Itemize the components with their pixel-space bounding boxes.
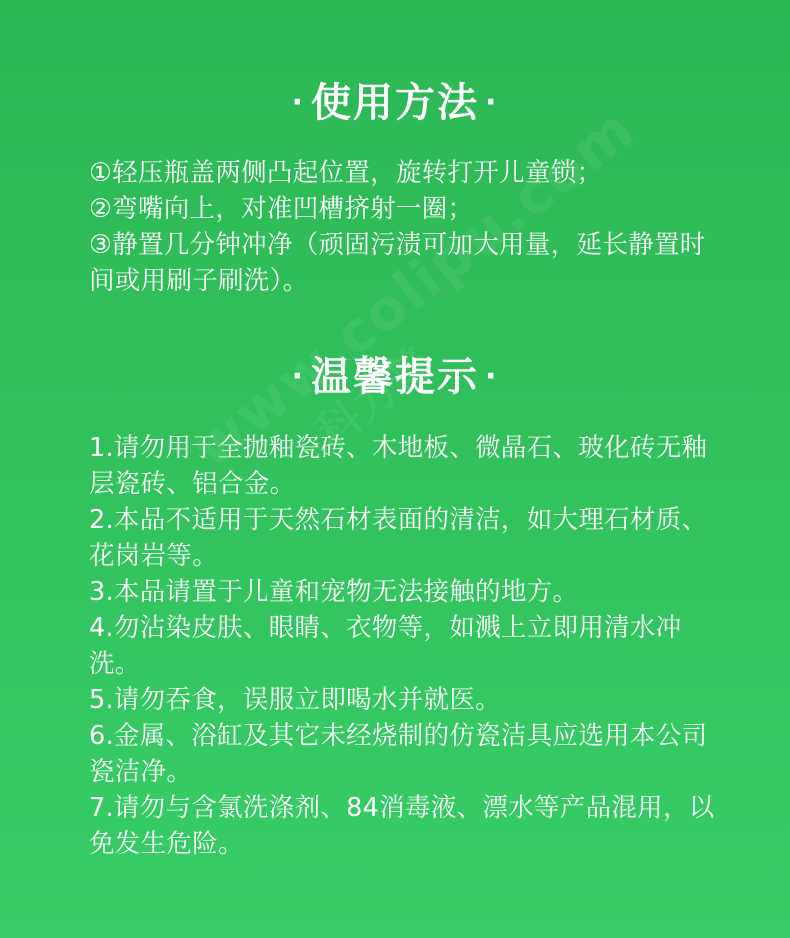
- heading-dot-left: ·: [292, 359, 305, 394]
- usage-step: ②弯嘴向上，对准凹槽挤射一圈；: [89, 191, 729, 227]
- heading-dot-right: ·: [485, 85, 498, 120]
- usage-steps: ①轻压瓶盖两侧凸起位置，旋转打开儿童锁； ②弯嘴向上，对准凹槽挤射一圈； ③静置…: [89, 155, 729, 299]
- usage-step: ①轻压瓶盖两侧凸起位置，旋转打开儿童锁；: [89, 155, 729, 191]
- tips-title: 温馨提示: [311, 354, 479, 400]
- tips-heading: ·温馨提示·: [0, 352, 790, 402]
- tip-item: 4.勿沾染皮肤、眼睛、衣物等，如溅上立即用清水冲洗。: [89, 610, 729, 682]
- heading-dot-left: ·: [292, 85, 305, 120]
- tip-item: 5.请勿吞食，误服立即喝水并就医。: [89, 682, 729, 718]
- heading-dot-right: ·: [485, 359, 498, 394]
- usage-step: ③静置几分钟冲净（顽固污渍可加大用量，延长静置时间或用刷子刷洗）。: [89, 227, 729, 299]
- tip-item: 6.金属、浴缸及其它未经烧制的仿瓷洁具应选用本公司瓷洁净。: [89, 718, 729, 790]
- usage-heading: ·使用方法·: [0, 78, 790, 128]
- tip-item: 1.请勿用于全抛釉瓷砖、木地板、微晶石、玻化砖无釉层瓷砖、铝合金。: [89, 430, 729, 502]
- tips-list: 1.请勿用于全抛釉瓷砖、木地板、微晶石、玻化砖无釉层瓷砖、铝合金。 2.本品不适…: [89, 430, 729, 862]
- usage-title: 使用方法: [311, 80, 479, 126]
- tip-item: 3.本品请置于儿童和宠物无法接触的地方。: [89, 574, 729, 610]
- tip-item: 2.本品不适用于天然石材表面的清洁，如大理石材质、花岗岩等。: [89, 502, 729, 574]
- tip-item: 7.请勿与含氯洗涤剂、84消毒液、漂水等产品混用，以免发生危险。: [89, 790, 729, 862]
